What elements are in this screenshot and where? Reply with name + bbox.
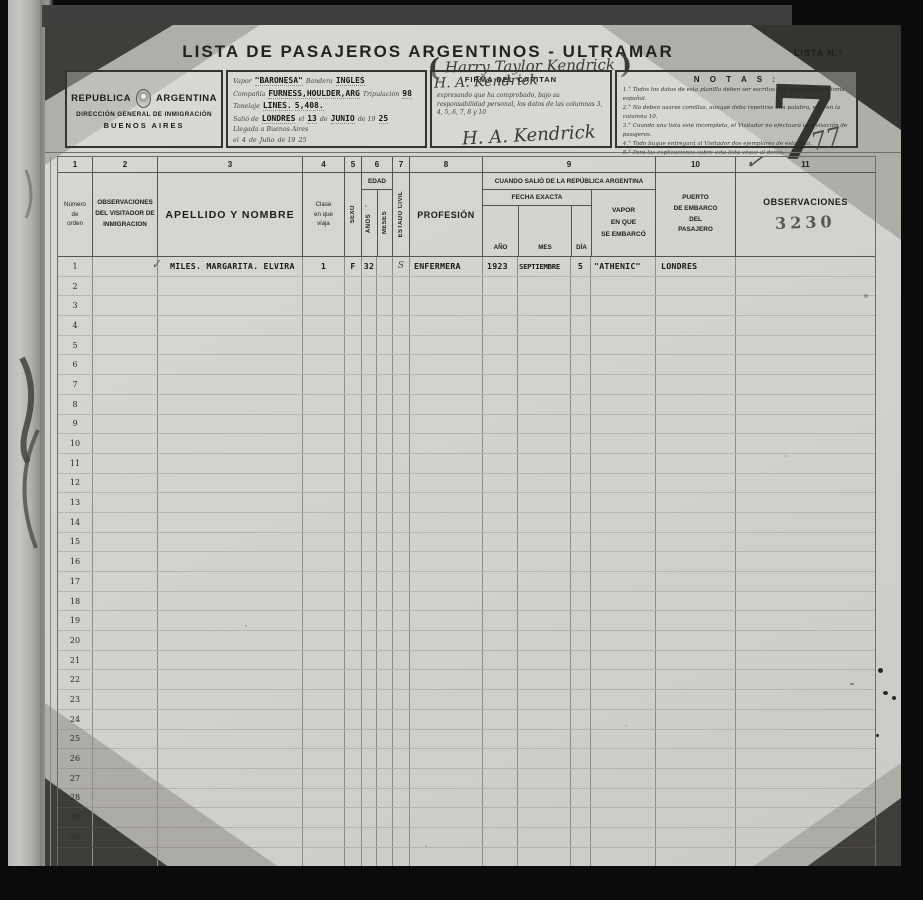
cell-observaciones bbox=[735, 336, 875, 355]
cell-nombre bbox=[157, 670, 302, 689]
cell-observaciones bbox=[735, 493, 875, 512]
table-row: 30 bbox=[58, 828, 875, 848]
cell-sexo bbox=[344, 710, 361, 729]
cell-puerto bbox=[655, 316, 735, 335]
cell-clase bbox=[302, 533, 344, 552]
cell-puerto bbox=[655, 651, 735, 670]
cell-dia bbox=[570, 277, 590, 296]
cell-ano bbox=[482, 533, 517, 552]
paper-speckles bbox=[365, 205, 367, 207]
cell-observaciones bbox=[735, 749, 875, 768]
table-row: 2 bbox=[58, 277, 875, 297]
album-top-edge bbox=[42, 5, 792, 27]
cell-meses bbox=[376, 690, 392, 709]
cell-profesion bbox=[409, 552, 482, 571]
cell-clase bbox=[302, 277, 344, 296]
cell-obsv bbox=[92, 355, 157, 374]
cell-obsv bbox=[92, 670, 157, 689]
page-fold-line bbox=[50, 156, 51, 868]
cell-obsv bbox=[92, 631, 157, 650]
cell-ano bbox=[482, 828, 517, 847]
llegada-year-handwritten: 25 bbox=[298, 136, 306, 144]
cell-numero: 6 bbox=[58, 355, 92, 374]
cell-nombre bbox=[157, 828, 302, 847]
cell-dia bbox=[570, 631, 590, 650]
cell-clase bbox=[302, 651, 344, 670]
cell-estado bbox=[392, 513, 409, 532]
col-number: 2 bbox=[92, 157, 157, 172]
column-titles-row: Número de orden OBSERVACIONES DEL VISITA… bbox=[58, 173, 875, 257]
cell-clase bbox=[302, 316, 344, 335]
cell-mes bbox=[517, 828, 570, 847]
cell-ano bbox=[482, 454, 517, 473]
header-observaciones-visitador: OBSERVACIONES DEL VISITADOR DE INMIGRACI… bbox=[95, 198, 154, 231]
cell-numero: 14 bbox=[58, 513, 92, 532]
cell-observaciones bbox=[735, 710, 875, 729]
cell-vapor bbox=[590, 710, 655, 729]
cell-anos bbox=[361, 296, 376, 315]
header-numero-orden: Número de orden bbox=[64, 200, 86, 230]
cell-ano bbox=[482, 789, 517, 808]
cell-ano bbox=[482, 415, 517, 434]
table-row: 19 bbox=[58, 611, 875, 631]
cell-nombre bbox=[157, 336, 302, 355]
cell-sexo bbox=[344, 454, 361, 473]
cell-puerto bbox=[655, 631, 735, 650]
cell-numero: 25 bbox=[58, 730, 92, 749]
cell-clase bbox=[302, 611, 344, 630]
cell-meses bbox=[376, 710, 392, 729]
cell-profesion bbox=[409, 513, 482, 532]
ink-spot bbox=[850, 683, 854, 685]
table-row: 21 bbox=[58, 651, 875, 671]
cell-obsv bbox=[92, 552, 157, 571]
cell-profesion bbox=[409, 789, 482, 808]
cell-anos bbox=[361, 454, 376, 473]
cell-numero: 2 bbox=[58, 277, 92, 296]
cell-meses bbox=[376, 651, 392, 670]
cell-ano bbox=[482, 592, 517, 611]
cell-vapor bbox=[590, 296, 655, 315]
cell-obsv bbox=[92, 395, 157, 414]
cell-numero: 22 bbox=[58, 670, 92, 689]
cell-vapor bbox=[590, 474, 655, 493]
cell-profesion bbox=[409, 316, 482, 335]
table-row: 29 bbox=[58, 808, 875, 828]
ship-details-box: Vapor "BARONESA" Bandera INGLES Compañía… bbox=[226, 70, 427, 148]
cell-vapor bbox=[590, 572, 655, 591]
cell-profesion: ENFERMERA bbox=[409, 257, 482, 276]
cell-vapor bbox=[590, 651, 655, 670]
cell-ano bbox=[482, 395, 517, 414]
cell-numero: 15 bbox=[58, 533, 92, 552]
cell-clase bbox=[302, 434, 344, 453]
table-row: 28 bbox=[58, 789, 875, 809]
cell-obsv bbox=[92, 789, 157, 808]
cell-dia bbox=[570, 552, 590, 571]
cell-estado bbox=[392, 789, 409, 808]
cell-puerto bbox=[655, 670, 735, 689]
book-page-edge bbox=[8, 0, 42, 900]
cell-observaciones bbox=[735, 552, 875, 571]
cell-ano bbox=[482, 375, 517, 394]
cell-numero: 21 bbox=[58, 651, 92, 670]
cell-clase bbox=[302, 395, 344, 414]
cell-nombre bbox=[157, 513, 302, 532]
cell-anos bbox=[361, 808, 376, 827]
cell-mes bbox=[517, 375, 570, 394]
cell-clase bbox=[302, 631, 344, 650]
cell-obsv bbox=[92, 257, 157, 276]
header-dia: DÍA bbox=[571, 206, 591, 256]
cell-puerto bbox=[655, 789, 735, 808]
cell-numero: 11 bbox=[58, 454, 92, 473]
cell-mes bbox=[517, 395, 570, 414]
cell-mes bbox=[517, 277, 570, 296]
cell-meses bbox=[376, 434, 392, 453]
cell-puerto bbox=[655, 493, 735, 512]
cell-puerto bbox=[655, 533, 735, 552]
ink-spot bbox=[883, 691, 888, 695]
cell-dia: 5 bbox=[570, 257, 590, 276]
cell-vapor bbox=[590, 316, 655, 335]
cell-anos bbox=[361, 355, 376, 374]
cell-profesion bbox=[409, 434, 482, 453]
cell-puerto bbox=[655, 336, 735, 355]
header-edad-anos: AÑOS bbox=[366, 214, 372, 233]
cell-obsv bbox=[92, 533, 157, 552]
cell-puerto bbox=[655, 690, 735, 709]
cell-observaciones bbox=[735, 592, 875, 611]
cell-sexo bbox=[344, 572, 361, 591]
cell-sexo bbox=[344, 474, 361, 493]
cell-nombre: MILES. MARGARITA. ELVIRA✓ bbox=[157, 257, 302, 276]
cell-ano bbox=[482, 651, 517, 670]
cell-clase bbox=[302, 513, 344, 532]
cell-anos bbox=[361, 690, 376, 709]
cell-ano bbox=[482, 355, 517, 374]
cell-observaciones bbox=[735, 651, 875, 670]
cell-profesion bbox=[409, 690, 482, 709]
cell-vapor bbox=[590, 277, 655, 296]
cell-numero: 12 bbox=[58, 474, 92, 493]
cell-vapor bbox=[590, 631, 655, 650]
bandera-label: Bandera bbox=[306, 78, 333, 85]
col-number: 4 bbox=[302, 157, 344, 172]
cell-sexo bbox=[344, 552, 361, 571]
cell-nombre bbox=[157, 493, 302, 512]
cell-nombre bbox=[157, 769, 302, 788]
cell-nombre bbox=[157, 296, 302, 315]
cell-observaciones bbox=[735, 474, 875, 493]
llegada-de-label: de bbox=[249, 137, 257, 144]
col-number: 7 bbox=[392, 157, 409, 172]
table-row: 1MILES. MARGARITA. ELVIRA✓1F32SENFERMERA… bbox=[58, 257, 875, 277]
cell-clase bbox=[302, 572, 344, 591]
table-row: 11 bbox=[58, 454, 875, 474]
cell-estado bbox=[392, 769, 409, 788]
table-row: 10 bbox=[58, 434, 875, 454]
cell-estado bbox=[392, 434, 409, 453]
cell-sexo bbox=[344, 395, 361, 414]
cell-mes bbox=[517, 808, 570, 827]
cell-ano bbox=[482, 631, 517, 650]
cell-observaciones bbox=[735, 670, 875, 689]
cell-nombre bbox=[157, 434, 302, 453]
cell-clase bbox=[302, 710, 344, 729]
cell-clase: 1 bbox=[302, 257, 344, 276]
cell-vapor bbox=[590, 375, 655, 394]
cell-clase bbox=[302, 690, 344, 709]
cell-obsv bbox=[92, 611, 157, 630]
cell-anos bbox=[361, 828, 376, 847]
cell-nombre bbox=[157, 395, 302, 414]
header-mes: MES bbox=[518, 206, 571, 256]
cell-numero: 13 bbox=[58, 493, 92, 512]
cell-meses bbox=[376, 572, 392, 591]
cell-estado bbox=[392, 631, 409, 650]
cell-obsv bbox=[92, 296, 157, 315]
captain-signature-large: H. A. Kendrick bbox=[461, 122, 596, 150]
cell-ano bbox=[482, 434, 517, 453]
header-estado-civil: ESTADO CIVIL bbox=[398, 191, 404, 237]
cell-numero: 19 bbox=[58, 611, 92, 630]
cell-sexo bbox=[344, 670, 361, 689]
cell-ano bbox=[482, 769, 517, 788]
salio-port-value: LONDRES bbox=[262, 114, 296, 124]
cell-puerto bbox=[655, 415, 735, 434]
cell-profesion bbox=[409, 670, 482, 689]
cell-obsv bbox=[92, 375, 157, 394]
tripulacion-label: Tripulación bbox=[363, 91, 399, 98]
cell-numero: 16 bbox=[58, 552, 92, 571]
cell-sexo bbox=[344, 611, 361, 630]
cell-observaciones bbox=[735, 316, 875, 335]
cell-observaciones bbox=[735, 533, 875, 552]
table-row: 25 bbox=[58, 730, 875, 750]
cell-dia bbox=[570, 474, 590, 493]
cell-estado bbox=[392, 651, 409, 670]
cell-obsv bbox=[92, 493, 157, 512]
cell-nombre bbox=[157, 454, 302, 473]
cell-observaciones bbox=[735, 631, 875, 650]
header-ano: AÑO bbox=[483, 206, 518, 256]
cell-observaciones bbox=[735, 257, 875, 276]
cell-observaciones bbox=[735, 572, 875, 591]
cell-numero: 17 bbox=[58, 572, 92, 591]
cell-ano bbox=[482, 670, 517, 689]
llegada-day-handwritten: 4 bbox=[242, 136, 246, 144]
table-row: 6 bbox=[58, 355, 875, 375]
cell-meses bbox=[376, 592, 392, 611]
cell-sexo bbox=[344, 749, 361, 768]
cell-sexo bbox=[344, 296, 361, 315]
cell-dia bbox=[570, 730, 590, 749]
cell-meses bbox=[376, 808, 392, 827]
table-row: 3 bbox=[58, 296, 875, 316]
table-row: 22 bbox=[58, 670, 875, 690]
cell-observaciones bbox=[735, 828, 875, 847]
cell-puerto bbox=[655, 434, 735, 453]
cell-sexo bbox=[344, 355, 361, 374]
cell-sexo bbox=[344, 730, 361, 749]
cell-mes bbox=[517, 533, 570, 552]
col-number: 1 bbox=[58, 157, 92, 172]
cell-puerto bbox=[655, 730, 735, 749]
cell-clase bbox=[302, 592, 344, 611]
cell-dia bbox=[570, 651, 590, 670]
issuer-republic-label: REPUBLICA bbox=[71, 93, 131, 104]
cell-mes bbox=[517, 572, 570, 591]
cell-anos bbox=[361, 552, 376, 571]
header-edad-meses: MESES bbox=[382, 211, 388, 234]
cell-vapor bbox=[590, 749, 655, 768]
cell-dia bbox=[570, 375, 590, 394]
cell-numero: 30 bbox=[58, 828, 92, 847]
cell-mes bbox=[517, 730, 570, 749]
cell-puerto bbox=[655, 572, 735, 591]
cell-estado bbox=[392, 533, 409, 552]
col-number: 9 bbox=[482, 157, 655, 172]
cell-profesion bbox=[409, 592, 482, 611]
col-number: 10 bbox=[655, 157, 735, 172]
cell-nombre bbox=[157, 631, 302, 650]
cell-anos bbox=[361, 277, 376, 296]
cell-profesion bbox=[409, 611, 482, 630]
cell-ano bbox=[482, 336, 517, 355]
cell-anos bbox=[361, 611, 376, 630]
cell-ano bbox=[482, 710, 517, 729]
cell-estado: S bbox=[392, 257, 409, 276]
cell-clase bbox=[302, 769, 344, 788]
cell-vapor bbox=[590, 611, 655, 630]
cell-estado bbox=[392, 808, 409, 827]
cell-vapor bbox=[590, 454, 655, 473]
cell-meses bbox=[376, 355, 392, 374]
cell-meses bbox=[376, 277, 392, 296]
cell-meses bbox=[376, 415, 392, 434]
ink-spot bbox=[892, 696, 896, 700]
tonelaje-value2: 5,408. bbox=[295, 101, 324, 111]
cell-puerto bbox=[655, 710, 735, 729]
cell-nombre bbox=[157, 375, 302, 394]
coat-of-arms-icon bbox=[136, 89, 151, 108]
cell-nombre bbox=[157, 611, 302, 630]
cell-mes bbox=[517, 710, 570, 729]
cell-obsv bbox=[92, 316, 157, 335]
header-edad: EDAD bbox=[362, 173, 392, 190]
cell-puerto bbox=[655, 375, 735, 394]
cell-meses bbox=[376, 533, 392, 552]
cell-anos bbox=[361, 730, 376, 749]
de19-label: de 19 bbox=[358, 116, 376, 123]
cell-profesion bbox=[409, 828, 482, 847]
cell-ano bbox=[482, 513, 517, 532]
cell-puerto bbox=[655, 808, 735, 827]
cell-meses bbox=[376, 730, 392, 749]
cell-nombre bbox=[157, 789, 302, 808]
issuer-direction-label: DIRECCIÓN GENERAL DE INMIGRACIÓN bbox=[76, 111, 212, 118]
header-profesion: PROFESIÓN bbox=[417, 210, 475, 220]
cell-obsv bbox=[92, 572, 157, 591]
cell-estado bbox=[392, 474, 409, 493]
cell-ano bbox=[482, 572, 517, 591]
cell-ano bbox=[482, 730, 517, 749]
header-puerto-embarco: PUERTO DE EMBARCO DEL PASAJERO bbox=[674, 193, 718, 237]
cell-anos bbox=[361, 395, 376, 414]
table-row: 17 bbox=[58, 572, 875, 592]
cell-clase bbox=[302, 808, 344, 827]
cell-sexo bbox=[344, 375, 361, 394]
cell-observaciones bbox=[735, 808, 875, 827]
cell-observaciones bbox=[735, 611, 875, 630]
cell-mes bbox=[517, 651, 570, 670]
cell-mes bbox=[517, 789, 570, 808]
cell-estado bbox=[392, 375, 409, 394]
cell-nombre bbox=[157, 533, 302, 552]
cell-meses bbox=[376, 769, 392, 788]
cell-mes bbox=[517, 769, 570, 788]
cell-sexo bbox=[344, 631, 361, 650]
cell-dia bbox=[570, 316, 590, 335]
cell-profesion bbox=[409, 296, 482, 315]
cell-ano bbox=[482, 474, 517, 493]
cell-ano bbox=[482, 808, 517, 827]
cell-observaciones bbox=[735, 434, 875, 453]
cell-clase bbox=[302, 474, 344, 493]
cell-clase bbox=[302, 749, 344, 768]
cell-ano bbox=[482, 552, 517, 571]
cell-estado bbox=[392, 552, 409, 571]
cell-vapor bbox=[590, 828, 655, 847]
llegada-month-handwritten: Julio bbox=[260, 136, 275, 144]
cell-obsv bbox=[92, 415, 157, 434]
cell-mes bbox=[517, 552, 570, 571]
tonelaje-value1: LINES. bbox=[263, 101, 292, 111]
tonelaje-label: Tonelaje bbox=[233, 103, 260, 110]
cell-puerto bbox=[655, 592, 735, 611]
cell-puerto bbox=[655, 611, 735, 630]
cell-mes bbox=[517, 474, 570, 493]
cell-numero: 28 bbox=[58, 789, 92, 808]
cell-profesion bbox=[409, 474, 482, 493]
numeric-stamp: 3230 bbox=[775, 212, 836, 233]
cell-anos bbox=[361, 513, 376, 532]
cell-meses bbox=[376, 828, 392, 847]
cell-mes bbox=[517, 355, 570, 374]
cell-profesion bbox=[409, 572, 482, 591]
cell-sexo bbox=[344, 533, 361, 552]
cell-clase bbox=[302, 454, 344, 473]
cell-estado bbox=[392, 454, 409, 473]
cell-nombre bbox=[157, 749, 302, 768]
cell-observaciones bbox=[735, 296, 875, 315]
compania-label: Compañía bbox=[233, 91, 265, 98]
cell-numero: 4 bbox=[58, 316, 92, 335]
ink-spot bbox=[876, 734, 879, 737]
passenger-table: 1 2 3 4 5 6 7 8 9 10 11 Número de orden … bbox=[57, 156, 876, 871]
cell-observaciones bbox=[735, 355, 875, 374]
cell-numero: 1 bbox=[58, 257, 92, 276]
cell-dia bbox=[570, 690, 590, 709]
cell-dia bbox=[570, 533, 590, 552]
cell-anos bbox=[361, 474, 376, 493]
cell-obsv bbox=[92, 474, 157, 493]
cell-mes bbox=[517, 513, 570, 532]
ink-spot bbox=[878, 668, 883, 673]
handwritten-check-mark: ✓ bbox=[150, 256, 162, 272]
cell-estado bbox=[392, 277, 409, 296]
